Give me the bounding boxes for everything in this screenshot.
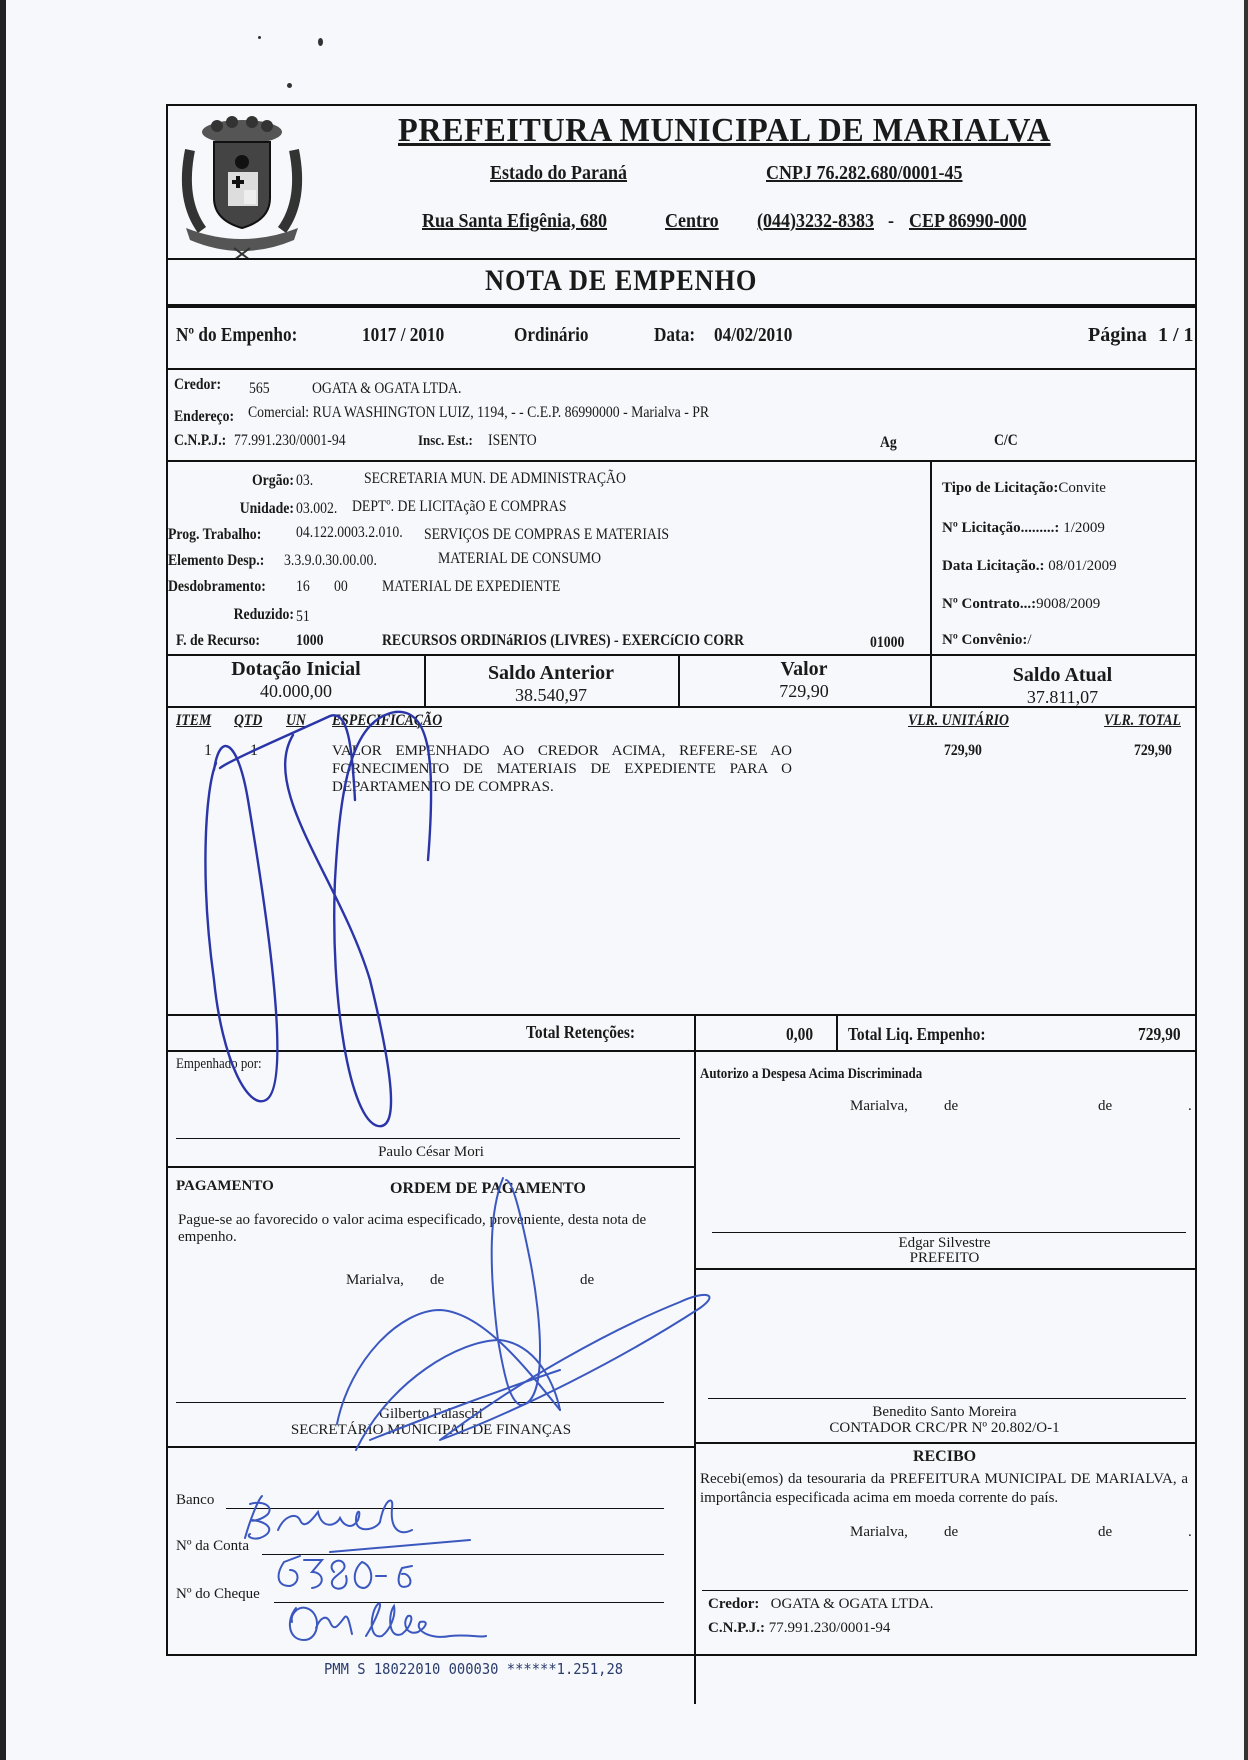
pagamento-de1: de bbox=[430, 1272, 444, 1289]
divider bbox=[168, 258, 1195, 260]
contrato-numero: Nº Contrato...:9008/2009 bbox=[942, 596, 1100, 613]
elemento-code: 3.3.9.0.30.00.00. bbox=[284, 552, 377, 570]
total-liq-value: 729,90 bbox=[1138, 1024, 1181, 1045]
conta-label: Nº da Conta bbox=[176, 1538, 249, 1555]
orgao-label: Orgão: bbox=[186, 472, 294, 490]
recibo-dot: . bbox=[1188, 1524, 1192, 1541]
divider bbox=[168, 1166, 694, 1168]
header-district: Centro bbox=[665, 210, 719, 233]
recibo-place: Marialva, bbox=[850, 1524, 908, 1541]
unidade-name: DEPTº. DE LICITAçãO E COMPRAS bbox=[352, 498, 567, 516]
desdobramento-code1: 16 bbox=[296, 578, 310, 596]
pagamento-label: PAGAMENTO bbox=[176, 1178, 274, 1195]
total-liq-label: Total Liq. Empenho: bbox=[848, 1024, 986, 1045]
elemento-name: MATERIAL DE CONSUMO bbox=[438, 550, 601, 568]
divider bbox=[168, 1014, 1195, 1016]
convenio-numero: Nº Convênio:/ bbox=[942, 632, 1032, 649]
unidade-label: Unidade: bbox=[186, 500, 294, 518]
empenhado-name: Paulo César Mori bbox=[168, 1144, 694, 1161]
divider bbox=[168, 654, 1195, 656]
ordem-pagamento-label: ORDEM DE PAGAMENTO bbox=[390, 1180, 586, 1198]
credor-insc: ISENTO bbox=[488, 432, 537, 450]
row-vlr-unitario: 729,90 bbox=[944, 742, 982, 760]
recibo-credor: Credor: OGATA & OGATA LTDA. bbox=[708, 1596, 934, 1613]
orgao-name: SECRETARIA MUN. DE ADMINISTRAÇÃO bbox=[364, 470, 626, 488]
prog-code: 04.122.0003.2.010. bbox=[296, 524, 403, 542]
page-number: 1 / 1 bbox=[1158, 324, 1194, 347]
divider bbox=[694, 1442, 1195, 1444]
col-un: UN bbox=[286, 712, 306, 730]
recurso-code: 1000 bbox=[296, 632, 324, 650]
credor-code: 565 bbox=[249, 380, 270, 398]
scan-edge-right bbox=[1244, 0, 1248, 1760]
autorizo-label: Autorizo a Despesa Acima Discriminada bbox=[700, 1066, 922, 1083]
desdobramento-label: Desdobramento: bbox=[168, 578, 266, 596]
document-title: NOTA DE EMPENHO bbox=[485, 264, 757, 298]
signature-line bbox=[702, 1590, 1188, 1591]
scan-speck bbox=[287, 83, 292, 88]
header-cep: CEP 86990-000 bbox=[909, 210, 1027, 233]
desdobramento-code2: 00 bbox=[334, 578, 348, 596]
scan-speck bbox=[258, 36, 261, 39]
secretario-signature: Gilberto Falaschi SECRETÁRIO MUNICIPAL D… bbox=[168, 1406, 694, 1438]
col-vlr-unitario: VLR. UNITÁRIO bbox=[908, 712, 1009, 730]
retencoes-label: Total Retenções: bbox=[526, 1022, 635, 1043]
licitacao-numero: Nº Licitação.........: 1/2009 bbox=[942, 520, 1105, 537]
row-especificacao: VALOR EMPENHADO AO CREDOR ACIMA, REFERE-… bbox=[332, 742, 792, 796]
divider bbox=[168, 304, 1195, 308]
autorizo-place: Marialva, bbox=[850, 1098, 908, 1115]
autorizo-de2: de bbox=[1098, 1098, 1112, 1115]
credor-label: Credor: bbox=[174, 376, 221, 394]
empenho-date: 04/02/2010 bbox=[714, 324, 792, 347]
row-vlr-total: 729,90 bbox=[1134, 742, 1172, 760]
header-title: PREFEITURA MUNICIPAL DE MARIALVA bbox=[398, 112, 1051, 150]
scan-edge-left bbox=[0, 0, 6, 1760]
cc-label: C/C bbox=[994, 432, 1018, 450]
banco-label: Banco bbox=[176, 1492, 214, 1509]
retencoes-value: 0,00 bbox=[786, 1024, 813, 1045]
divider bbox=[168, 1050, 1195, 1052]
header-separator: - bbox=[888, 210, 894, 233]
orgao-code: 03. bbox=[296, 472, 313, 490]
divider bbox=[694, 1268, 1195, 1270]
divider bbox=[694, 1014, 696, 1704]
prefeito-signature: Edgar Silvestre PREFEITO bbox=[694, 1236, 1195, 1266]
divider bbox=[168, 706, 1195, 708]
recurso-label: F. de Recurso: bbox=[176, 632, 260, 650]
balance-valor: Valor 729,90 bbox=[678, 658, 930, 702]
col-vlr-total: VLR. TOTAL bbox=[1104, 712, 1181, 730]
cheque-line bbox=[274, 1602, 664, 1603]
cnpj-label: C.N.P.J.: bbox=[174, 432, 226, 450]
licitacao-tipo: Tipo de Licitação:Convite bbox=[942, 480, 1106, 497]
header-state: Estado do Paraná bbox=[490, 162, 627, 185]
prog-label: Prog. Trabalho: bbox=[168, 526, 261, 544]
recurso-name: RECURSOS ORDINáRIOS (LIVRES) - EXERCíCIO… bbox=[382, 632, 744, 650]
insc-label: Insc. Est.: bbox=[418, 433, 473, 450]
credor-address: Comercial: RUA WASHINGTON LUIZ, 1194, - … bbox=[248, 404, 709, 422]
cheque-label: Nº do Cheque bbox=[176, 1586, 260, 1603]
autorizo-de1: de bbox=[944, 1098, 958, 1115]
divider bbox=[168, 1446, 694, 1448]
contador-signature: Benedito Santo Moreira CONTADOR CRC/PR N… bbox=[694, 1404, 1195, 1436]
recibo-de2: de bbox=[1098, 1524, 1112, 1541]
recibo-de1: de bbox=[944, 1524, 958, 1541]
balance-saldo-atual: Saldo Atual 37.811,07 bbox=[930, 664, 1195, 708]
empenho-type: Ordinário bbox=[514, 324, 589, 347]
empenho-number: 1017 / 2010 bbox=[362, 324, 444, 347]
signature-line bbox=[712, 1232, 1186, 1233]
recurso-number: 01000 bbox=[870, 634, 904, 652]
recibo-text: Recebi(emos) da tesouraria da PREFEITURA… bbox=[700, 1470, 1188, 1508]
desdobramento-name: MATERIAL DE EXPEDIENTE bbox=[382, 578, 560, 596]
divider bbox=[836, 1014, 838, 1050]
signature-line bbox=[176, 1138, 680, 1139]
banco-line bbox=[226, 1508, 664, 1509]
reduzido-value: 51 bbox=[296, 608, 310, 626]
empenho-number-label: Nº do Empenho: bbox=[176, 324, 297, 347]
balance-saldo-anterior: Saldo Anterior 38.540,97 bbox=[424, 662, 678, 706]
unidade-code: 03.002. bbox=[296, 500, 337, 518]
recibo-cnpj: C.N.P.J.: 77.991.230/0001-94 bbox=[708, 1620, 890, 1637]
signature-line bbox=[176, 1402, 664, 1403]
page-label: Página bbox=[1088, 324, 1147, 347]
header-address: Rua Santa Efigênia, 680 bbox=[422, 210, 607, 233]
address-label: Endereço: bbox=[174, 408, 234, 426]
divider bbox=[930, 460, 932, 654]
elemento-label: Elemento Desp.: bbox=[168, 552, 264, 570]
recibo-title: RECIBO bbox=[694, 1448, 1195, 1466]
scan-speck bbox=[318, 38, 323, 46]
row-qtd: 1 bbox=[250, 742, 258, 760]
nota-empenho-form: PREFEITURA MUNICIPAL DE MARIALVA Estado … bbox=[166, 104, 1197, 1656]
row-item: 1 bbox=[204, 742, 212, 760]
coat-of-arms-icon bbox=[172, 110, 312, 260]
empenhado-label: Empenhado por: bbox=[176, 1056, 262, 1073]
licitacao-data: Data Licitação.: 08/01/2009 bbox=[942, 558, 1117, 575]
col-especificacao: ESPECIFICAÇÃO bbox=[332, 712, 442, 730]
pagamento-de2: de bbox=[580, 1272, 594, 1289]
header-phone: (044)3232-8383 bbox=[757, 210, 874, 233]
credor-name: OGATA & OGATA LTDA. bbox=[312, 380, 461, 398]
divider bbox=[168, 460, 1195, 462]
autorizo-dot: . bbox=[1188, 1098, 1192, 1115]
divider bbox=[168, 368, 1195, 370]
balance-dotacao-inicial: Dotação Inicial 40.000,00 bbox=[168, 658, 424, 702]
signature-line bbox=[708, 1398, 1186, 1399]
credor-cnpj: 77.991.230/0001-94 bbox=[234, 432, 346, 450]
teller-stamp: PMM S 18022010 000030 ******1.251,28 bbox=[324, 1660, 623, 1678]
reduzido-label: Reduzido: bbox=[186, 606, 294, 624]
col-item: ITEM bbox=[176, 712, 211, 730]
header-cnpj: CNPJ 76.282.680/0001-45 bbox=[766, 162, 962, 185]
col-qtd: QTD bbox=[234, 712, 262, 730]
ag-label: Ag bbox=[880, 434, 897, 452]
conta-line bbox=[262, 1554, 664, 1555]
prog-name: SERVIÇOS DE COMPRAS E MATERIAIS bbox=[424, 526, 669, 544]
empenho-date-label: Data: bbox=[654, 324, 695, 347]
pagamento-text: Pague-se ao favorecido o valor acima esp… bbox=[178, 1212, 648, 1246]
pagamento-place: Marialva, bbox=[346, 1272, 404, 1289]
